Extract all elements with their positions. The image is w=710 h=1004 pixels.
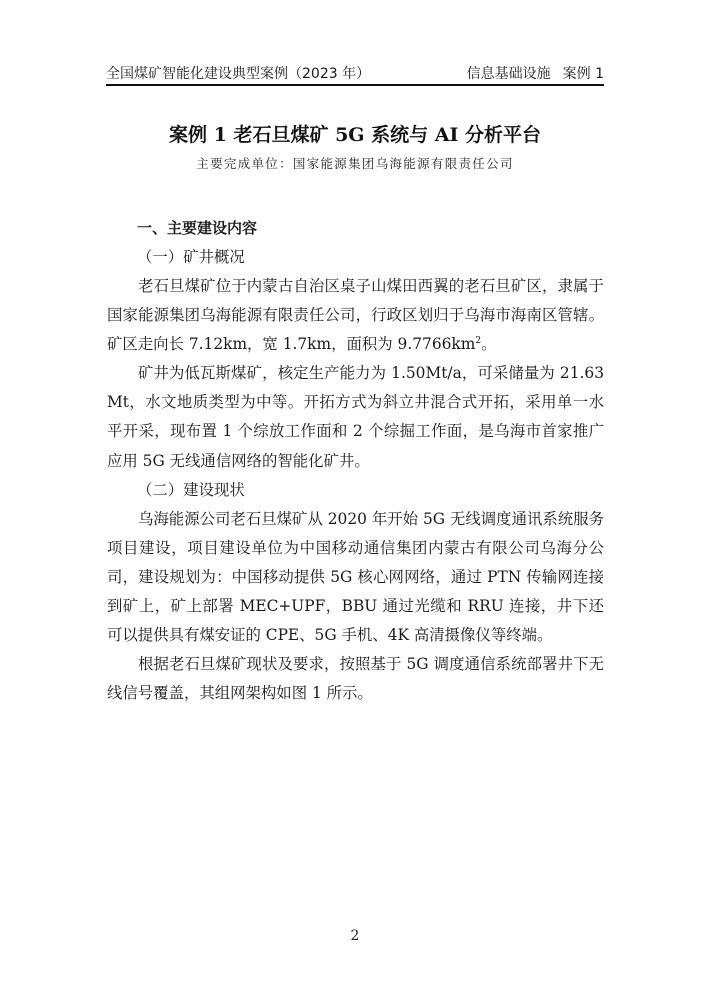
header-case-number: 案例 1 xyxy=(563,66,604,82)
paragraph-mine-location-end: 。 xyxy=(481,335,496,353)
header-category: 信息基础设施 xyxy=(467,66,551,82)
paragraph-network-architecture: 根据老石旦煤矿现状及要求，按照基于 5G 调度通信系统部署井下无线信号覆盖，其组… xyxy=(107,650,604,708)
page-title: 案例 1 老石旦煤矿 5G 系统与 AI 分析平台 xyxy=(0,122,710,148)
paragraph-mine-location-text: 老石旦煤矿位于内蒙古自治区桌子山煤田西翼的老石旦矿区，隶属于国家能源集团乌海能源… xyxy=(107,277,604,353)
paragraph-mine-capacity: 矿井为低瓦斯煤矿，核定生产能力为 1.50Mt/a，可采储量为 21.63Mt，… xyxy=(107,359,604,475)
completing-organization: 主要完成单位：国家能源集团乌海能源有限责任公司 xyxy=(0,155,710,173)
header-section-label: 信息基础设施案例 1 xyxy=(467,64,604,84)
section-heading-main-content: 一、主要建设内容 xyxy=(107,214,604,243)
paragraph-mine-location: 老石旦煤矿位于内蒙古自治区桌子山煤田西翼的老石旦矿区，隶属于国家能源集团乌海能源… xyxy=(107,272,604,359)
header-divider xyxy=(106,84,604,86)
document-body: 一、主要建设内容 （一）矿井概况 老石旦煤矿位于内蒙古自治区桌子山煤田西翼的老石… xyxy=(107,214,604,708)
subsection-heading-construction-status: （二）建设现状 xyxy=(107,476,604,505)
header-document-title: 全国煤矿智能化建设典型案例（2023 年） xyxy=(106,64,370,84)
subsection-heading-mine-overview: （一）矿井概况 xyxy=(107,243,604,272)
page-number: 2 xyxy=(0,928,710,944)
paragraph-5g-project: 乌海能源公司老石旦煤矿从 2020 年开始 5G 无线调度通讯系统服务项目建设，… xyxy=(107,505,604,650)
running-header: 全国煤矿智能化建设典型案例（2023 年） 信息基础设施案例 1 xyxy=(106,62,604,84)
